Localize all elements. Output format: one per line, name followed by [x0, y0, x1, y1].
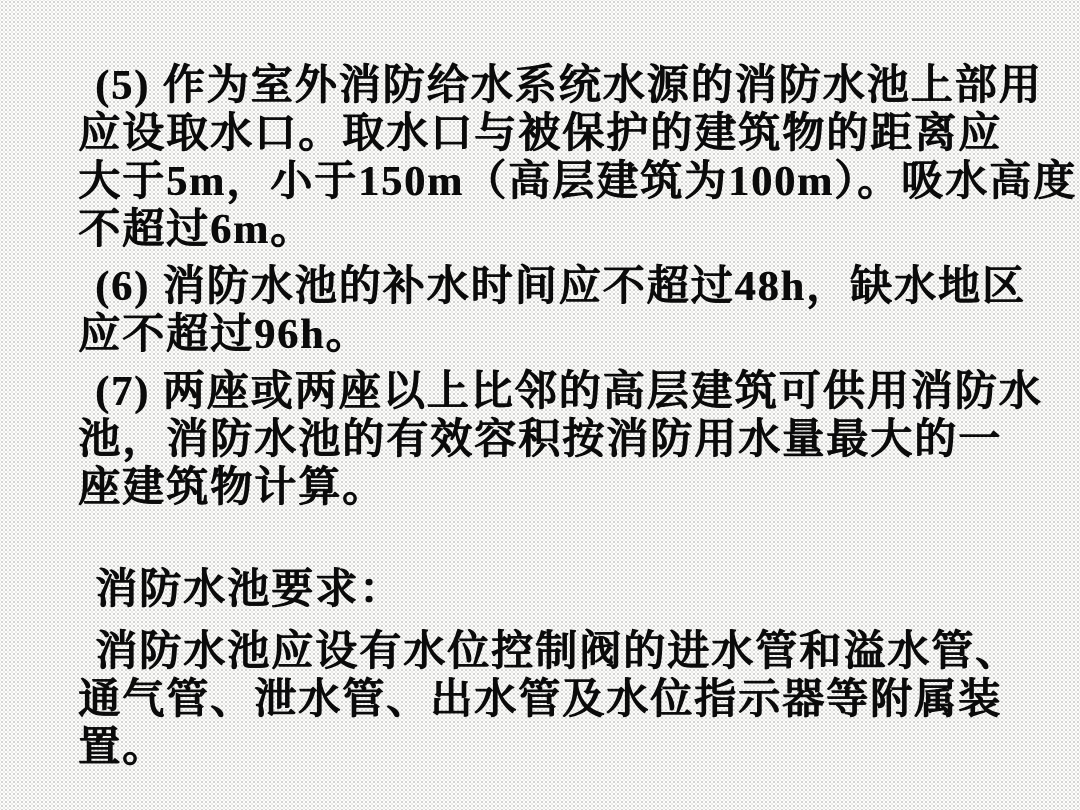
section-body: 消防水池应设有水位控制阀的进水管和溢水管、 通气管、泄水管、出水管及水位指示器等…	[78, 628, 1024, 772]
text-line: 大于5m，小于150m（高层建筑为100m）。吸水高度	[78, 158, 1024, 206]
text-line: 消防水池应设有水位控制阀的进水管和溢水管、	[78, 628, 1024, 676]
text-line: 应设取水口。取水口与被保护的建筑物的距离应	[78, 110, 1024, 158]
section-heading: 消防水池要求：	[78, 566, 1024, 614]
text-line: (5) 作为室外消防给水系统水源的消防水池上部用	[78, 62, 1024, 110]
numbered-item-7: (7) 两座或两座以上比邻的高层建筑可供用消防水 池，消防水池的有效容积按消防用…	[78, 368, 1024, 512]
requirements-section: 消防水池要求： 消防水池应设有水位控制阀的进水管和溢水管、 通气管、泄水管、出水…	[78, 566, 1024, 772]
text-line: 应不超过96h。	[78, 311, 1024, 359]
text-line: 池，消防水池的有效容积按消防用水量最大的一	[78, 416, 1024, 464]
text-line: 置。	[78, 724, 1024, 772]
slide-content: (5) 作为室外消防给水系统水源的消防水池上部用 应设取水口。取水口与被保护的建…	[0, 0, 1080, 772]
text-line: 不超过6m。	[78, 206, 1024, 254]
text-line: 通气管、泄水管、出水管及水位指示器等附属装	[78, 676, 1024, 724]
numbered-item-6: (6) 消防水池的补水时间应不超过48h，缺水地区 应不超过96h。	[78, 263, 1024, 359]
section-title-text: 消防水池要求：	[78, 566, 1024, 614]
presentation-slide: (5) 作为室外消防给水系统水源的消防水池上部用 应设取水口。取水口与被保护的建…	[0, 0, 1080, 810]
numbered-item-5: (5) 作为室外消防给水系统水源的消防水池上部用 应设取水口。取水口与被保护的建…	[78, 62, 1024, 254]
text-line: (6) 消防水池的补水时间应不超过48h，缺水地区	[78, 263, 1024, 311]
text-line: (7) 两座或两座以上比邻的高层建筑可供用消防水	[78, 368, 1024, 416]
text-line: 座建筑物计算。	[78, 464, 1024, 512]
